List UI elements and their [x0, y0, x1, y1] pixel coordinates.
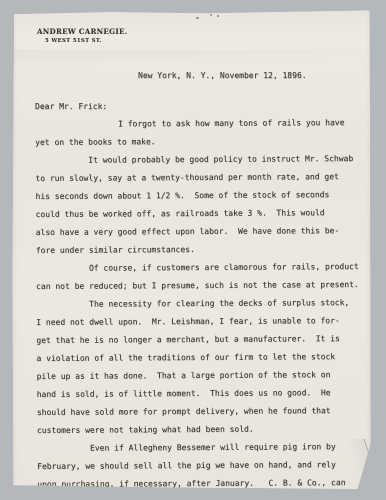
typed-line: yet on the books to make.	[35, 132, 367, 152]
typed-line: upon purchasing, if necessary, after Jan…	[37, 474, 369, 489]
typed-line: Of course, if customers are clamorous fo…	[36, 258, 368, 278]
typed-line: a violation of all the traditions of our…	[36, 348, 368, 368]
typed-line: his seconds down about 1 1/2 %. Some of …	[35, 186, 367, 206]
typed-line: to run slowly, say at a twenty-thousand …	[35, 168, 367, 188]
typed-line: could thus be worked off, as railroads t…	[36, 204, 368, 224]
paper-mark	[210, 14, 212, 16]
dateline: New York, N. Y., November 12, 1896.	[138, 67, 307, 85]
typed-line: hand is sold, is of little moment. This …	[37, 384, 369, 404]
salutation: Dear Mr. Frick:	[35, 98, 107, 116]
letterhead: ANDREW CARNEGIE. 5 WEST 51ST ST.	[37, 27, 128, 44]
paper-mark	[217, 15, 219, 17]
typed-line: I forgot to ask how many tons of rails y…	[35, 114, 367, 134]
typed-line: February, we should sell all the pig we …	[37, 456, 369, 476]
letterhead-address: 5 WEST 51ST ST.	[45, 38, 128, 44]
typed-line: get that he is no longer a merchant, but…	[36, 330, 368, 350]
typed-line: customers were not taking what had been …	[37, 420, 369, 440]
corner-fold	[343, 439, 371, 489]
letter-paper: ANDREW CARNEGIE. 5 WEST 51ST ST. New Yor…	[12, 10, 371, 489]
typed-line: I need not dwell upon. Mr. Leishman, I f…	[36, 312, 368, 332]
paper-mark	[196, 17, 200, 20]
typed-line: should have sold more for prompt deliver…	[37, 402, 369, 422]
typed-line: The necessity for clearing the decks of …	[36, 294, 368, 314]
typed-line: also have a very good effect upon labor.…	[36, 222, 368, 242]
typed-line: Even if Allegheny Bessemer will require …	[37, 438, 369, 458]
letterhead-name: ANDREW CARNEGIE.	[37, 27, 128, 36]
scanned-letter-page: { "page": { "background_color": "#b4b7bc…	[0, 0, 386, 500]
typed-line: can not be reduced; but I presume, such …	[36, 276, 368, 296]
letter-body: I forgot to ask how many tons of rails y…	[35, 114, 369, 489]
typed-line: pile up as it has done. That a large por…	[37, 366, 369, 386]
typed-line: It would probably be good policy to inst…	[35, 150, 367, 170]
typed-line: fore under similar circumstances.	[36, 240, 368, 260]
